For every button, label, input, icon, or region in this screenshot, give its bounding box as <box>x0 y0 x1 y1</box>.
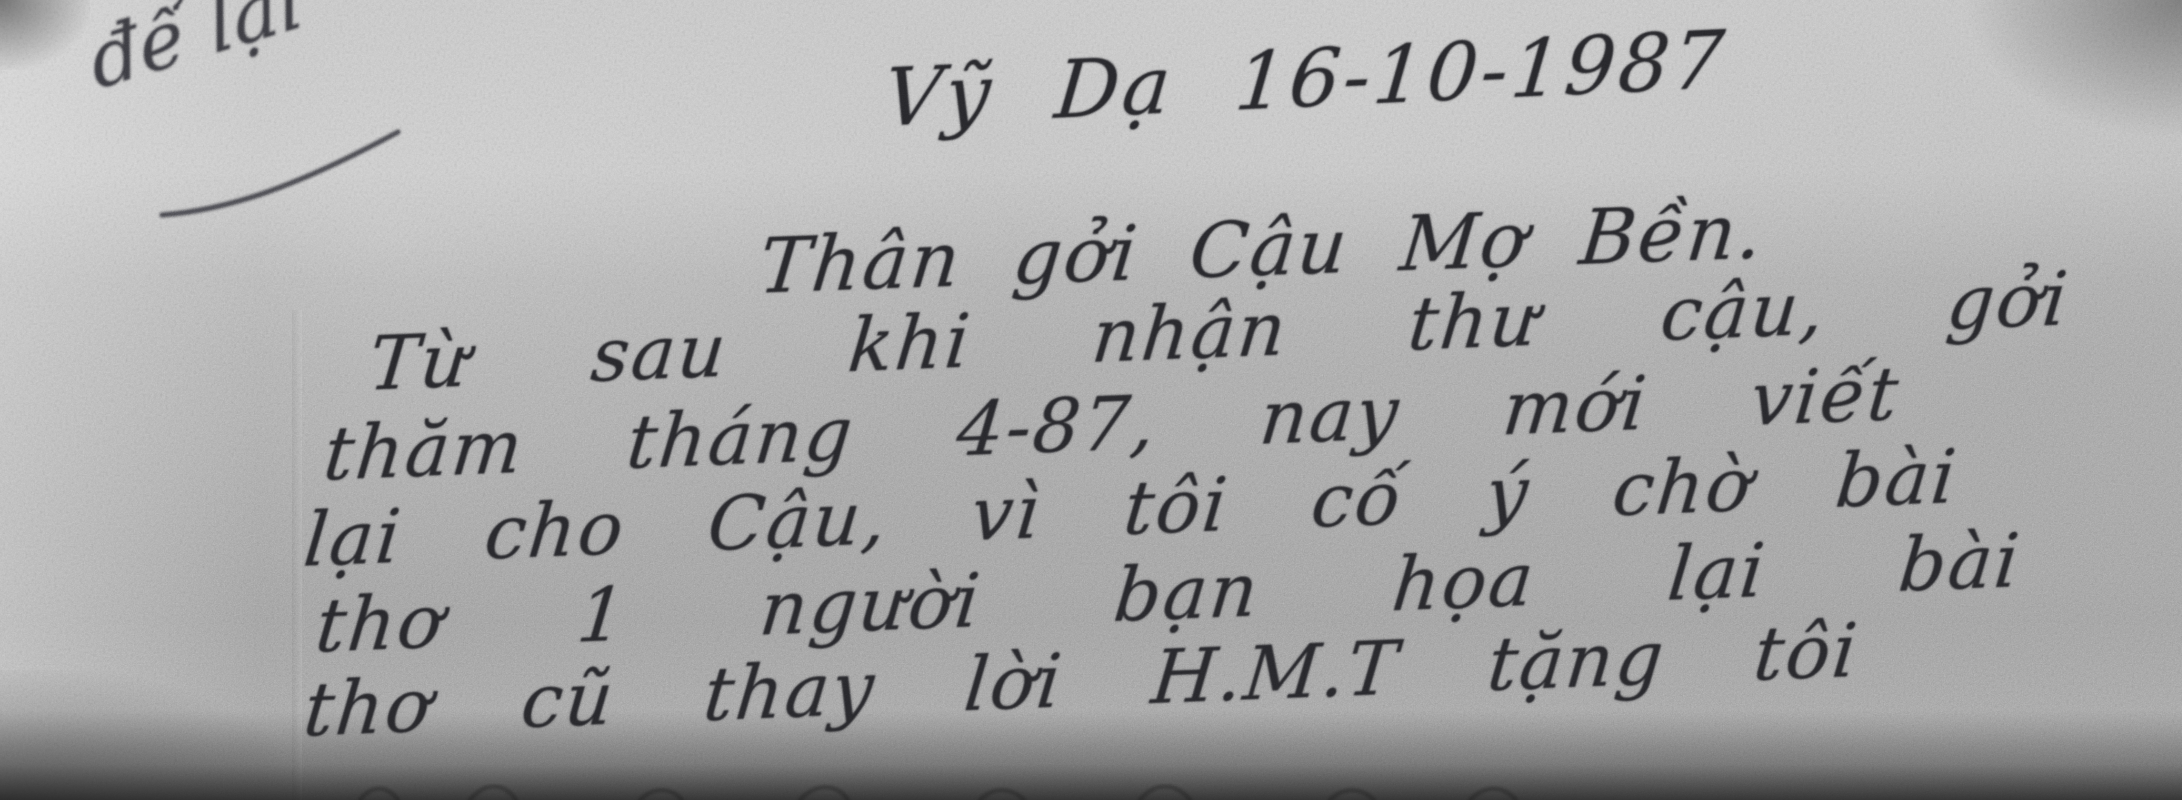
bottom-edge-shadow <box>0 710 2182 800</box>
date-line: Vỹ Dạ 16-10-1987 <box>880 13 1731 145</box>
scanned-letter-page: để lại Vỹ Dạ 16-10-1987 Thân gởi Cậu Mợ … <box>0 0 2182 800</box>
top-left-corner-shadow <box>0 0 90 70</box>
top-right-corner-shadow <box>1962 0 2182 140</box>
